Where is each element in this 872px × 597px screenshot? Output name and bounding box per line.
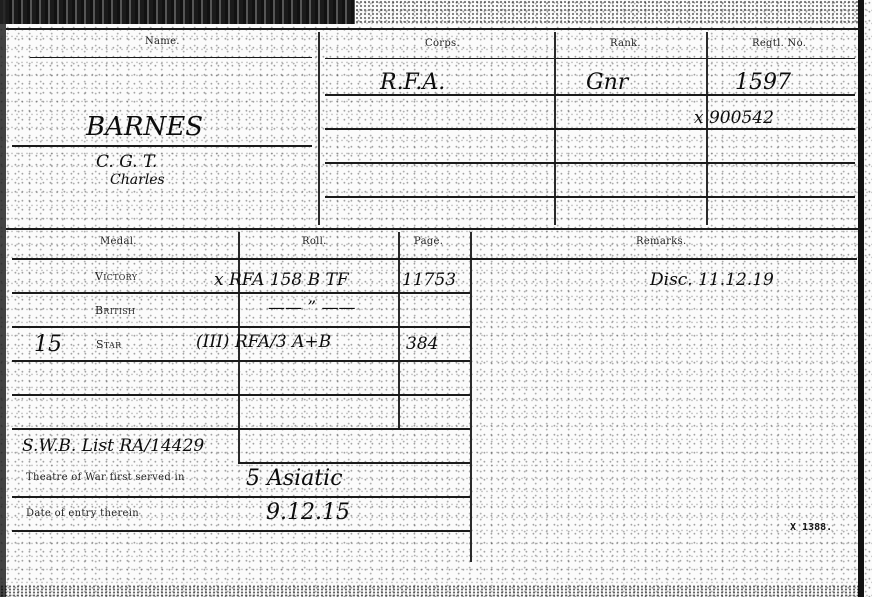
rule-medal-header bbox=[12, 258, 857, 260]
regtl-no-2: x 900542 bbox=[694, 108, 774, 128]
form-reference: X 1388. bbox=[790, 522, 832, 533]
surname: BARNES bbox=[86, 112, 203, 142]
rank-value: Gnr bbox=[586, 70, 628, 95]
card-border-left bbox=[0, 0, 6, 597]
roll-header: Roll. bbox=[302, 236, 327, 247]
rule-medal-1 bbox=[12, 292, 470, 294]
remarks-value: Disc. 11.12.19 bbox=[650, 270, 774, 290]
roll-victory: x RFA 158 B TF bbox=[214, 270, 349, 290]
remarks-header: Remarks. bbox=[636, 236, 686, 247]
card-border-right bbox=[858, 0, 864, 597]
scan-edge-bottom bbox=[0, 585, 860, 597]
medal-header: Medal. bbox=[100, 236, 137, 247]
scan-edge-top bbox=[0, 0, 355, 24]
date-value: 9.12.15 bbox=[266, 500, 350, 525]
rule-name-header bbox=[30, 57, 312, 58]
theatre-label: Theatre of War first served in bbox=[26, 472, 185, 483]
rule-medal-4 bbox=[12, 394, 470, 396]
rule-medal-5 bbox=[12, 428, 470, 430]
theatre-value: 5 Asiatic bbox=[246, 466, 343, 491]
rank-label: Rank. bbox=[610, 38, 641, 49]
medal-index-card: Name. Corps. Rank. Regtl. No. BARNES C. … bbox=[0, 0, 872, 597]
medal-star: Star bbox=[96, 338, 121, 351]
corps-value: R.F.A. bbox=[380, 70, 445, 95]
rule-header bbox=[325, 58, 855, 59]
rule-theatre-bottom bbox=[12, 496, 470, 498]
medal-british: British bbox=[95, 304, 135, 317]
swb-annotation: S.W.B. List RA/14429 bbox=[22, 436, 204, 456]
medal-victory: Victory bbox=[95, 270, 137, 283]
regtl-no-label: Regtl. No. bbox=[752, 38, 806, 49]
roll-british: —— ” —— bbox=[268, 298, 356, 318]
rule-row-2 bbox=[325, 128, 855, 130]
scan-edge-top-speckle bbox=[355, 0, 860, 24]
rule-medal-3 bbox=[12, 360, 470, 362]
star-prefix: 15 bbox=[34, 332, 62, 357]
rule-medal-2 bbox=[12, 326, 470, 328]
corps-label: Corps. bbox=[425, 38, 460, 49]
rule-top bbox=[6, 28, 860, 30]
page-star: 384 bbox=[406, 334, 438, 354]
rule-theatre-top bbox=[238, 462, 470, 464]
page-victory: 11753 bbox=[402, 270, 456, 290]
rule-row-4 bbox=[325, 196, 855, 198]
forename-note: Charles bbox=[110, 172, 165, 188]
date-label: Date of entry therein bbox=[26, 508, 139, 519]
rule-date-bottom bbox=[12, 530, 470, 532]
initials: C. G. T. bbox=[96, 152, 157, 172]
roll-star: (III) RFA/3 A+B bbox=[196, 332, 331, 352]
divider-roll-page bbox=[398, 232, 400, 430]
name-label: Name. bbox=[145, 36, 180, 47]
page-header: Page. bbox=[414, 236, 443, 247]
rule-row-3 bbox=[325, 162, 855, 164]
rule-name-split bbox=[12, 145, 312, 147]
rule-section bbox=[6, 228, 860, 230]
divider-page-remarks bbox=[470, 232, 472, 562]
regtl-no-1: 1597 bbox=[735, 70, 791, 95]
divider-name-corps bbox=[318, 32, 320, 225]
